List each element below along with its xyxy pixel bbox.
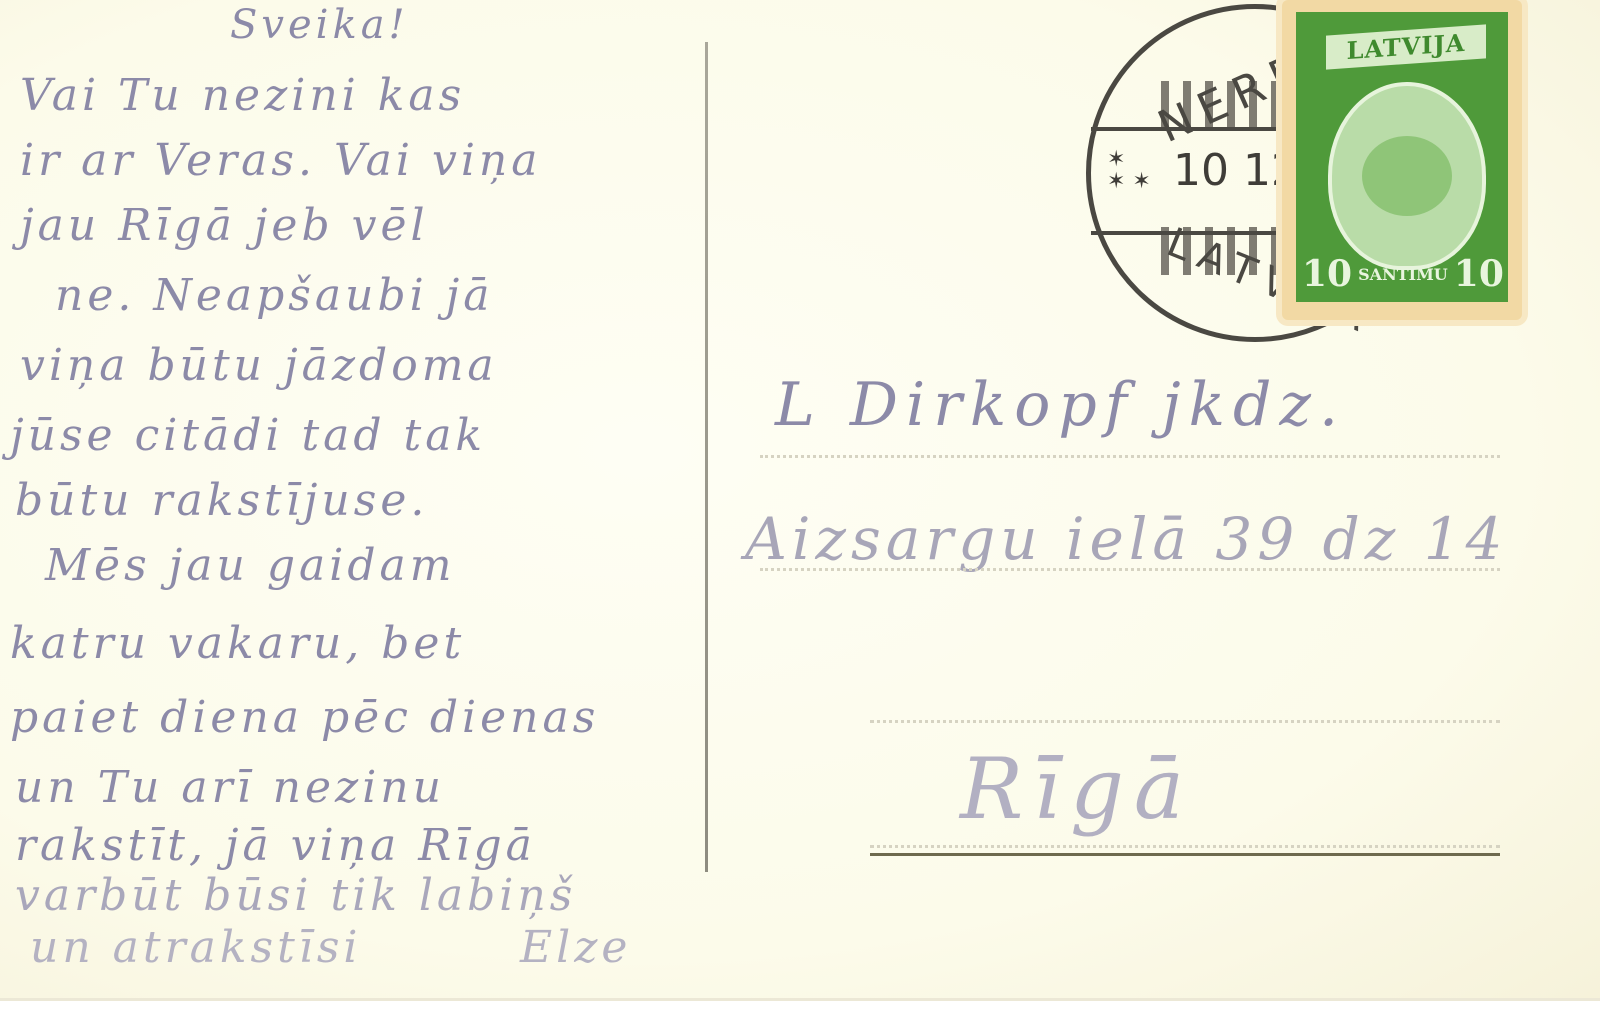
- address-line-4: [870, 845, 1500, 848]
- message-line: jau Rīgā jeb vēl: [20, 200, 429, 251]
- message-signature: Elze: [520, 922, 631, 973]
- address-line-1: [760, 455, 1500, 458]
- coat-of-arms-icon: [1328, 82, 1486, 270]
- message-line: un Tu arī nezinu: [15, 762, 445, 813]
- address-line-final: [870, 853, 1500, 856]
- stamp-value-left: 10: [1296, 253, 1358, 295]
- address-line-3: [870, 720, 1500, 723]
- card-bottom-edge: [0, 998, 1600, 1001]
- message-line: varbūt būsi tik labiņš: [15, 870, 576, 921]
- address-city: Rīgā: [960, 740, 1194, 838]
- message-line: Mēs jau gaidam: [45, 540, 455, 591]
- stamp-value-right: 10: [1448, 253, 1508, 295]
- message-greeting: Sveika!: [230, 2, 409, 48]
- message-line: ne. Neapšaubi jā: [55, 270, 494, 321]
- address-recipient: L Dirkopf jkdz.: [775, 370, 1346, 440]
- message-line: katru vakaru, bet: [10, 618, 465, 669]
- message-line: un atrakstīsi: [30, 922, 362, 973]
- message-line: jūse citādi tad tak: [10, 410, 486, 461]
- message-line: rakstīt, jā viņa Rīgā: [15, 820, 536, 871]
- postcard-back: Sveika! Vai Tu nezini kas ir ar Veras. V…: [0, 0, 1600, 1000]
- address-street: Aizsargu ielā 39 dz 14: [745, 505, 1508, 573]
- message-line: viņa būtu jāzdoma: [20, 340, 498, 391]
- message-line: būtu rakstījuse.: [15, 475, 428, 526]
- stamp-face: LATVIJA 10 SANTIMU 10: [1296, 12, 1508, 302]
- stamp-currency: SANTIMU: [1358, 265, 1448, 284]
- message-line: ir ar Veras. Vai viņa: [20, 135, 541, 186]
- message-line: Vai Tu nezini kas: [20, 70, 465, 121]
- postage-stamp: LATVIJA 10 SANTIMU 10: [1282, 0, 1522, 320]
- center-divider: [705, 42, 708, 872]
- stamp-denomination-row: 10 SANTIMU 10: [1296, 252, 1508, 296]
- star-icon: ✶✶ ✶: [1107, 149, 1167, 193]
- message-line: paiet diena pēc dienas: [10, 692, 599, 743]
- stamp-country: LATVIJA: [1326, 24, 1486, 69]
- address-line-2: [760, 568, 1500, 571]
